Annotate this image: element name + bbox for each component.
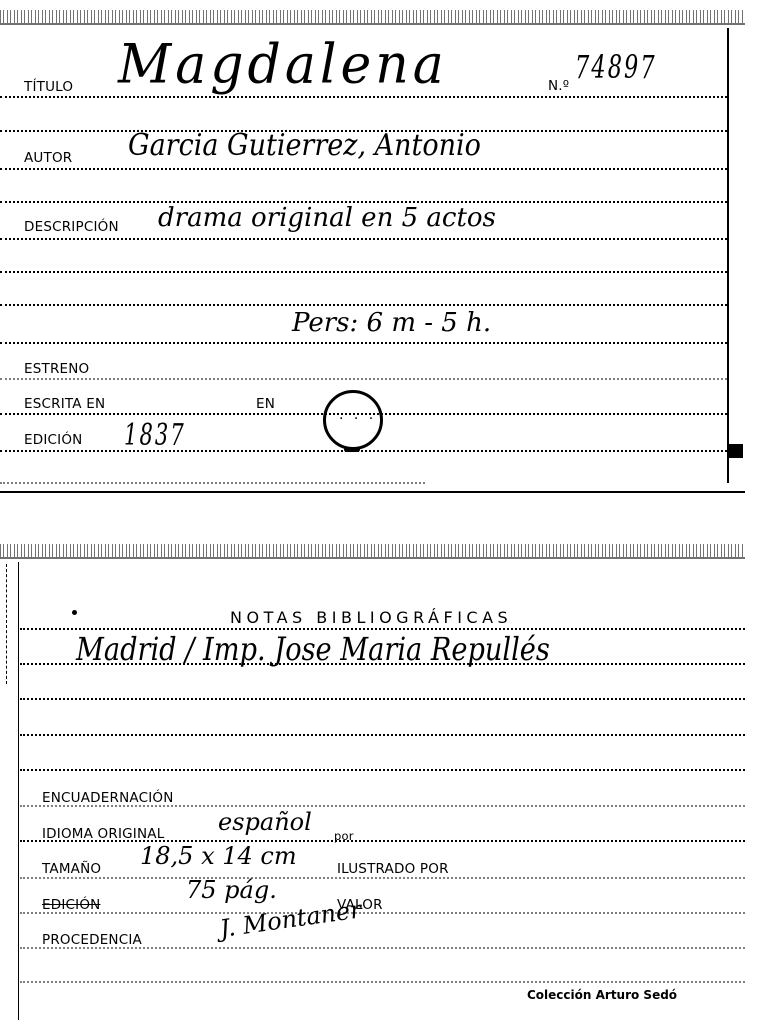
- catalog-card-back: NOTAS BIBLIOGRÁFICAS Madrid / Imp. Jose …: [0, 540, 759, 1028]
- circle-stamp-icon: · · ·: [323, 390, 383, 450]
- rule-notes-3: [20, 697, 745, 700]
- label-tamano: TAMAÑO: [42, 861, 101, 877]
- label-titulo: TÍTULO: [24, 79, 73, 95]
- notes-imprint: Madrid / Imp. Jose Maria Repullés: [76, 630, 550, 668]
- ink-dot: [72, 610, 77, 615]
- card-top-edge-texture: [0, 544, 745, 558]
- card-separator: [0, 491, 745, 493]
- value-idioma-original: español: [218, 808, 312, 836]
- card-left-border: [18, 562, 19, 1020]
- label-por: por: [334, 829, 354, 843]
- value-descripcion: drama original en 5 actos: [158, 203, 496, 233]
- rule-autor: [0, 167, 727, 170]
- card-left-edge-speckle: [6, 564, 7, 684]
- value-paginas: 75 pág.: [186, 876, 277, 904]
- value-tamano: 18,5 x 14 cm: [140, 842, 297, 870]
- card-top-edge-texture: [0, 10, 745, 24]
- label-encuadernacion: ENCUADERNACIÓN: [42, 790, 174, 806]
- catalog-card-front: TÍTULO Magdalena N.º 74897 AUTOR Garcia …: [0, 0, 745, 495]
- rule-personajes: [0, 341, 727, 344]
- rule-blank-4: [0, 303, 727, 306]
- value-titulo: Magdalena: [118, 33, 448, 96]
- label-ilustrado-por: ILUSTRADO POR: [337, 861, 449, 877]
- card-tab-marker: [727, 444, 743, 458]
- value-edicion: 1837: [124, 418, 186, 453]
- label-estreno: ESTRENO: [24, 361, 89, 377]
- rule-notes-4: [20, 733, 745, 736]
- rule-edicion: [0, 449, 727, 452]
- rule-descripcion: [0, 237, 727, 240]
- rule-bottom: [20, 980, 745, 983]
- collection-footer: Colección Arturo Sedó: [527, 988, 677, 1002]
- rule-bottom: [0, 481, 425, 484]
- label-edicion: EDICIÓN: [24, 432, 82, 448]
- rule-estreno: [0, 377, 727, 380]
- label-en: EN: [256, 396, 275, 412]
- note-personajes: Pers: 6 m - 5 h.: [292, 308, 491, 338]
- label-autor: AUTOR: [24, 150, 72, 166]
- label-procedencia: PROCEDENCIA: [42, 932, 142, 948]
- notes-heading: NOTAS BIBLIOGRÁFICAS: [230, 608, 512, 627]
- label-edicion-back: EDICIÓN: [42, 897, 100, 913]
- card-right-border: [727, 28, 729, 483]
- label-idioma-original: IDIOMA ORIGINAL: [42, 826, 164, 842]
- label-descripcion: DESCRIPCIÓN: [24, 219, 119, 235]
- label-numero: N.º: [548, 78, 569, 94]
- value-numero: 74897: [575, 48, 657, 86]
- rule-notes-5: [20, 768, 745, 771]
- rule-blank-3: [0, 270, 727, 273]
- value-autor: Garcia Gutierrez, Antonio: [128, 128, 481, 163]
- label-escrita-en: ESCRITA EN: [24, 396, 105, 412]
